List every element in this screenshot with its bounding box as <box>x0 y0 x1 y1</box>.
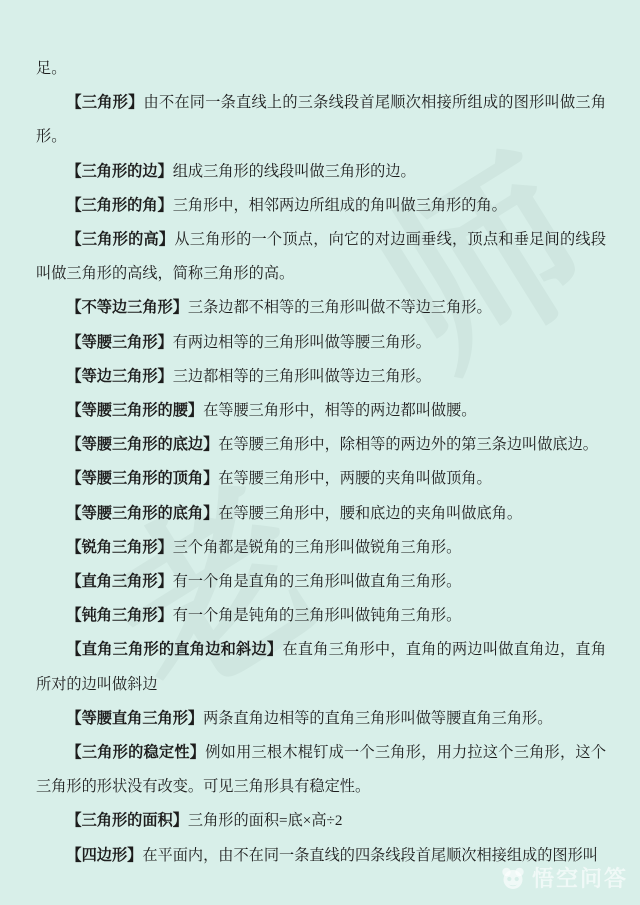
definition-term: 【等腰三角形的底角】 <box>66 505 218 522</box>
definition-term: 【直角三角形的直角边和斜边】 <box>66 641 282 658</box>
definition-text: 三角形的面积=底×高÷2 <box>188 812 343 829</box>
definition-term: 【锐角三角形】 <box>66 539 172 556</box>
definition-paragraph: 【等腰三角形的腰】在等腰三角形中，相等的两边都叫做腰。 <box>36 394 606 428</box>
definitions-list: 足。【三角形】由不在同一条直线上的三条线段首尾顺次相接所组成的图形叫做三角形。【… <box>36 52 606 873</box>
definition-term: 【三角形的边】 <box>66 163 172 180</box>
definition-term: 【四边形】 <box>66 847 142 864</box>
definition-term: 【三角形的角】 <box>66 197 172 214</box>
definition-paragraph: 【直角三角形】有一个角是直角的三角形叫做直角三角形。 <box>36 565 606 599</box>
definition-text: 有两边相等的三角形叫做等腰三角形。 <box>173 334 431 351</box>
definition-paragraph: 【等腰直角三角形】两条直角边相等的直角三角形叫做等腰直角三角形。 <box>36 702 606 736</box>
definition-term: 【不等边三角形】 <box>66 299 188 316</box>
paragraph-fragment: 足。 <box>36 52 606 86</box>
definition-term: 【等腰三角形】 <box>66 334 172 351</box>
definition-paragraph: 【等腰三角形】有两边相等的三角形叫做等腰三角形。 <box>36 326 606 360</box>
definition-paragraph: 【三角形的高】从三角形的一个顶点，向它的对边画垂线，顶点和垂足间的线段叫做三角形… <box>36 223 606 291</box>
definition-paragraph: 【等边三角形】三边都相等的三角形叫做等边三角形。 <box>36 360 606 394</box>
definition-text: 三条边都不相等的三角形叫做不等边三角形。 <box>188 299 492 316</box>
definition-text: 有一个角是钝角的三角形叫做钝角三角形。 <box>173 607 462 624</box>
definition-term: 【等腰三角形的顶角】 <box>66 470 218 487</box>
definition-text: 在等腰三角形中，腰和底边的夹角叫做底角。 <box>218 505 522 522</box>
definition-paragraph: 【三角形的稳定性】例如用三根木棍钉成一个三角形，用力拉这个三角形，这个三角形的形… <box>36 736 606 804</box>
definition-paragraph: 【锐角三角形】三个角都是锐角的三角形叫做锐角三角形。 <box>36 531 606 565</box>
definition-paragraph: 【钝角三角形】有一个角是钝角的三角形叫做钝角三角形。 <box>36 599 606 633</box>
definition-term: 【三角形的稳定性】 <box>66 744 205 761</box>
definition-term: 【等边三角形】 <box>66 368 172 385</box>
definition-text: 三个角都是锐角的三角形叫做锐角三角形。 <box>173 539 462 556</box>
definition-term: 【直角三角形】 <box>66 573 172 590</box>
definition-text: 在等腰三角形中，除相等的两边外的第三条边叫做底边。 <box>218 436 598 453</box>
definition-paragraph: 【等腰三角形的顶角】在等腰三角形中，两腰的夹角叫做顶角。 <box>36 462 606 496</box>
definition-paragraph: 【三角形的角】三角形中，相邻两边所组成的角叫做三角形的角。 <box>36 189 606 223</box>
definition-term: 【钝角三角形】 <box>66 607 172 624</box>
definition-paragraph: 【等腰三角形的底角】在等腰三角形中，腰和底边的夹角叫做底角。 <box>36 497 606 531</box>
definition-text: 三边都相等的三角形叫做等边三角形。 <box>173 368 431 385</box>
brand-watermark: 悟空问答 <box>500 862 628 893</box>
definition-term: 【三角形的高】 <box>66 231 174 248</box>
definition-term: 【三角形的面积】 <box>66 812 188 829</box>
definition-term: 【等腰三角形的底边】 <box>66 436 218 453</box>
definition-paragraph: 【不等边三角形】三条边都不相等的三角形叫做不等边三角形。 <box>36 291 606 325</box>
brand-label: 悟空问答 <box>532 862 628 893</box>
definition-text: 两条直角边相等的直角三角形叫做等腰直角三角形。 <box>203 710 552 727</box>
definition-text: 有一个角是直角的三角形叫做直角三角形。 <box>173 573 462 590</box>
definition-text: 组成三角形的线段叫做三角形的边。 <box>173 163 416 180</box>
definition-term: 【等腰直角三角形】 <box>66 710 203 727</box>
definition-term: 【等腰三角形的腰】 <box>66 402 203 419</box>
definition-paragraph: 【三角形的边】组成三角形的线段叫做三角形的边。 <box>36 155 606 189</box>
definition-paragraph: 【三角形】由不在同一条直线上的三条线段首尾顺次相接所组成的图形叫做三角形。 <box>36 86 606 154</box>
definition-text: 在等腰三角形中，两腰的夹角叫做顶角。 <box>218 470 491 487</box>
definition-paragraph: 【直角三角形的直角边和斜边】在直角三角形中，直角的两边叫做直角边，直角所对的边叫… <box>36 633 606 701</box>
definition-text: 三角形中，相邻两边所组成的角叫做三角形的角。 <box>173 197 507 214</box>
definition-term: 【三角形】 <box>66 94 143 111</box>
wukong-logo-icon <box>500 865 526 891</box>
definition-paragraph: 【三角形的面积】三角形的面积=底×高÷2 <box>36 804 606 838</box>
document-page: 老 师 足。【三角形】由不在同一条直线上的三条线段首尾顺次相接所组成的图形叫做三… <box>0 0 640 905</box>
definition-paragraph: 【等腰三角形的底边】在等腰三角形中，除相等的两边外的第三条边叫做底边。 <box>36 428 606 462</box>
definition-text: 在等腰三角形中，相等的两边都叫做腰。 <box>203 402 476 419</box>
